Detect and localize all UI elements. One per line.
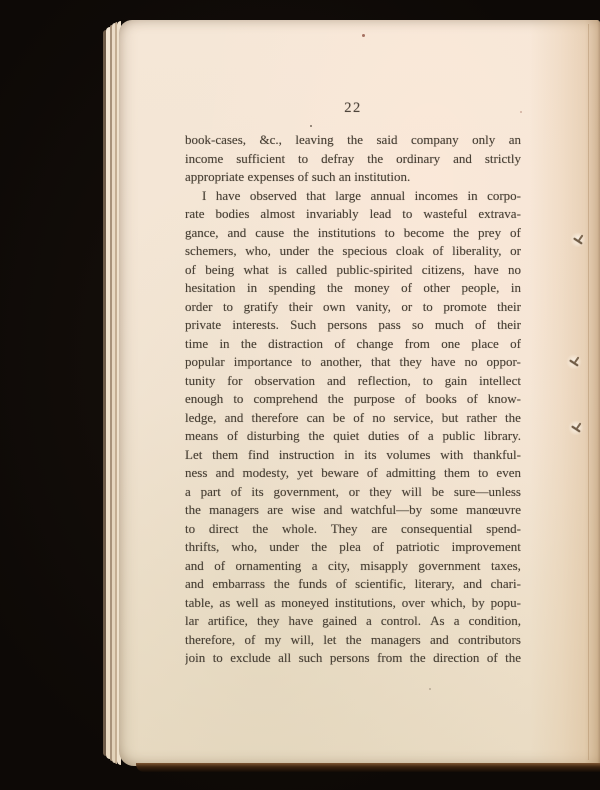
- word: persons: [327, 316, 367, 335]
- word: and: [216, 464, 235, 483]
- word: other: [423, 279, 450, 298]
- binding-stitch-artifact: [567, 419, 585, 435]
- text-line: ledge,andthereforecanbeofnoservice,butra…: [185, 409, 521, 428]
- word: they: [369, 483, 391, 502]
- word: lar: [185, 612, 199, 631]
- word: even: [496, 464, 521, 483]
- word: prey: [478, 224, 501, 243]
- word: from: [377, 649, 402, 668]
- word: that: [371, 353, 391, 372]
- word: is: [278, 261, 287, 280]
- word: them: [212, 446, 238, 465]
- word: direction: [433, 649, 479, 668]
- word: gained: [322, 612, 357, 631]
- word: popular: [185, 353, 225, 372]
- text-line: schemers,who,underthespeciouscloakoflibe…: [185, 242, 521, 261]
- word: intellect: [479, 372, 521, 391]
- word: means: [185, 427, 218, 446]
- word: in: [219, 335, 229, 354]
- word: of: [401, 279, 412, 298]
- word: place: [471, 335, 498, 354]
- word: so: [412, 316, 424, 335]
- word: invariably: [306, 205, 359, 224]
- word: importance: [234, 353, 292, 372]
- word: the: [505, 649, 521, 668]
- word: who,: [245, 242, 271, 261]
- word: moneyed: [281, 594, 329, 613]
- word: have: [431, 353, 456, 372]
- word: under: [280, 242, 310, 261]
- word: condition,: [469, 612, 521, 631]
- text-line: jointoexcludeallsuchpersonsfromthedirect…: [185, 649, 521, 668]
- word: large: [335, 187, 361, 206]
- word: promote: [443, 298, 486, 317]
- word: all: [278, 649, 291, 668]
- word: contributors: [458, 631, 521, 650]
- word: They: [331, 520, 358, 539]
- text-line: andofornamentingacity,misapplygovernment…: [185, 557, 521, 576]
- word: scientific,: [355, 575, 406, 594]
- word: income: [185, 150, 223, 169]
- word: gance,: [185, 224, 219, 243]
- word: enough: [185, 390, 223, 409]
- word: artifice,: [208, 612, 248, 631]
- word: literary,: [415, 575, 455, 594]
- word: and: [453, 150, 472, 169]
- word: improvement: [452, 538, 521, 557]
- word: annual: [371, 187, 406, 206]
- word: sure—unless: [454, 483, 521, 502]
- word: cloak: [396, 242, 424, 261]
- word: to: [298, 150, 308, 169]
- word: one: [441, 335, 460, 354]
- word: of: [353, 409, 364, 428]
- word: liberality,: [452, 242, 501, 261]
- word: part: [201, 483, 221, 502]
- page-right-edge-line: [588, 24, 589, 760]
- word: Such: [290, 316, 316, 335]
- word: as: [264, 594, 275, 613]
- word: company: [411, 131, 459, 150]
- word: the: [347, 131, 363, 150]
- text-line: ratebodiesalmostinvariablyleadtowasteful…: [185, 205, 521, 224]
- word: to: [213, 649, 223, 668]
- text-line: nessandmodesty,yetbewareofadmittingthemt…: [185, 464, 521, 483]
- word: book-cases,: [185, 131, 246, 150]
- word: which,: [431, 594, 466, 613]
- word: being: [205, 261, 234, 280]
- word: who,: [232, 538, 258, 557]
- book-page: 22 book-cases,&c.,leavingthesaidcompanyo…: [119, 20, 600, 766]
- word: extrava-: [478, 205, 521, 224]
- word: leaving: [295, 131, 333, 150]
- word: and: [185, 557, 204, 576]
- word: for: [227, 372, 242, 391]
- word: of: [467, 390, 478, 409]
- text-line: table,aswellasmoneyedinstitutions,overwh…: [185, 594, 521, 613]
- text-line: andembarrassthefundsofscientific,literar…: [185, 575, 521, 594]
- word: of: [510, 224, 521, 243]
- paper-speck: [520, 111, 522, 113]
- word: vanity,: [356, 298, 391, 317]
- text-line: ofbeingwhatiscalledpublic-spiritedcitize…: [185, 261, 521, 280]
- word: a: [366, 612, 372, 631]
- word: ness: [185, 464, 207, 483]
- word: &c.,: [260, 131, 282, 150]
- word: of: [408, 427, 419, 446]
- word: reflection,: [358, 372, 411, 391]
- scan-background: 22 book-cases,&c.,leavingthesaidcompanyo…: [0, 0, 600, 790]
- word: managers: [209, 501, 259, 520]
- word: hesitation: [185, 279, 236, 298]
- text-line: gance,andcausetheinstitutionstobecomethe…: [185, 224, 521, 243]
- paper-speck: [429, 688, 431, 690]
- word: chari-: [491, 575, 521, 594]
- word: instruction: [279, 446, 335, 465]
- word: As: [430, 612, 444, 631]
- text-line: todirectthewhole.Theyareconsequentialspe…: [185, 520, 521, 539]
- word: know-: [488, 390, 521, 409]
- word: are: [371, 520, 387, 539]
- text-line: tunityforobservationandreflection,togain…: [185, 372, 521, 391]
- word: the: [327, 279, 343, 298]
- word: admitting: [386, 464, 436, 483]
- word: no: [372, 409, 385, 428]
- word: spend-: [486, 520, 521, 539]
- word: of: [227, 427, 238, 446]
- word: wise: [291, 501, 315, 520]
- word: will,: [291, 631, 314, 650]
- word: control.: [381, 612, 421, 631]
- word: bodies: [215, 205, 249, 224]
- text-line: ordertogratifytheirownvanity,ortopromote…: [185, 298, 521, 317]
- word: or: [349, 483, 360, 502]
- word: of: [373, 538, 384, 557]
- word: embarrass: [212, 575, 265, 594]
- word: tunity: [185, 372, 215, 391]
- word: of: [487, 649, 498, 668]
- word: their: [497, 298, 521, 317]
- word: spending: [269, 279, 316, 298]
- word: in: [467, 187, 477, 206]
- word: a: [428, 427, 434, 446]
- word: the: [311, 538, 327, 557]
- word: with: [440, 446, 463, 465]
- word: to: [402, 205, 412, 224]
- word: be: [432, 483, 444, 502]
- word: therefore,: [185, 631, 235, 650]
- word: of: [433, 242, 444, 261]
- word: or: [510, 242, 521, 261]
- word: rate: [185, 205, 204, 224]
- word: almost: [260, 205, 295, 224]
- word: no: [508, 261, 521, 280]
- word: what: [243, 261, 268, 280]
- word: therefore: [252, 409, 299, 428]
- word: thrifts,: [185, 538, 219, 557]
- word: library.: [484, 427, 521, 446]
- word: of: [336, 575, 347, 594]
- word: but: [442, 409, 459, 428]
- text-line: timeinthedistractionofchangefromoneplace…: [185, 335, 521, 354]
- word: the: [328, 390, 344, 409]
- word: a: [312, 557, 318, 576]
- word: a: [454, 612, 460, 631]
- word: the: [367, 150, 383, 169]
- word: managers: [371, 631, 421, 650]
- text-line: popularimportancetoanother,thattheyhaven…: [185, 353, 521, 372]
- word: the: [185, 501, 201, 520]
- word: patriotic: [396, 538, 439, 557]
- word: have: [289, 612, 314, 631]
- page-number: 22: [185, 100, 521, 117]
- word: schemers,: [185, 242, 237, 261]
- word: as: [219, 594, 230, 613]
- text-line: Letthemfindinstructioninitsvolumeswithth…: [185, 446, 521, 465]
- word: government: [418, 557, 480, 576]
- word: to: [233, 390, 243, 409]
- word: books: [426, 390, 457, 409]
- word: to: [478, 464, 488, 483]
- word: said: [377, 131, 398, 150]
- word: the: [505, 409, 521, 428]
- word: the: [346, 631, 362, 650]
- word: duties: [368, 427, 399, 446]
- word: from: [405, 335, 430, 354]
- word: and: [327, 372, 346, 391]
- word: can: [307, 409, 325, 428]
- word: called: [296, 261, 327, 280]
- paper-speck: [310, 125, 312, 127]
- word: to: [223, 298, 233, 317]
- word: the: [308, 427, 324, 446]
- text-line: meansofdisturbingthequietdutiesofapublic…: [185, 427, 521, 446]
- word: thankful-: [473, 446, 521, 465]
- word: popu-: [491, 594, 521, 613]
- word: of: [405, 390, 416, 409]
- word: institutions,: [335, 594, 396, 613]
- word: institutions: [318, 224, 376, 243]
- word: its: [251, 483, 263, 502]
- word: of: [244, 631, 255, 650]
- binding-stitch-artifact: [569, 231, 587, 247]
- word: they: [257, 612, 279, 631]
- text-line: book-cases,&c.,leavingthesaidcompanyonly…: [185, 131, 521, 150]
- word: of: [214, 557, 225, 576]
- word: no: [464, 353, 477, 372]
- word: and: [324, 501, 343, 520]
- word: a: [185, 483, 191, 502]
- word: in: [247, 279, 257, 298]
- word: strictly: [485, 150, 521, 169]
- word: will: [402, 483, 422, 502]
- word: or: [401, 298, 412, 317]
- word: cause: [255, 224, 284, 243]
- text-line: appropriate expenses of such an institut…: [185, 168, 521, 187]
- word: public-spirited: [337, 261, 413, 280]
- word: Let: [185, 446, 202, 465]
- text-line: privateinterests.Suchpersonspasssomuchof…: [185, 316, 521, 335]
- word: an: [509, 131, 521, 150]
- word: ledge,: [185, 409, 216, 428]
- word: be: [333, 409, 345, 428]
- word: citizens,: [422, 261, 465, 280]
- page-text: book-cases,&c.,leavingthesaidcompanyonly…: [185, 131, 521, 668]
- word: change: [357, 335, 394, 354]
- word: beware: [321, 464, 359, 483]
- word: interests.: [232, 316, 279, 335]
- word: such: [299, 649, 323, 668]
- word: volumes: [386, 446, 430, 465]
- word: they: [400, 353, 422, 372]
- word: funds: [298, 575, 327, 594]
- word: have: [216, 187, 241, 206]
- word: are: [267, 501, 283, 520]
- word: consequential: [401, 520, 472, 539]
- word: private: [185, 316, 221, 335]
- word: wasteful: [423, 205, 467, 224]
- word: oppor-: [486, 353, 520, 372]
- paper-speck: [362, 34, 365, 37]
- text-line: incomesufficienttodefraytheordinaryandst…: [185, 150, 521, 169]
- word: the: [274, 575, 290, 594]
- text-line: larartifice,theyhavegainedacontrol.Asaco…: [185, 612, 521, 631]
- word: find: [248, 446, 269, 465]
- binding-stitch-artifact: [565, 353, 583, 369]
- word: and: [228, 224, 247, 243]
- word: much: [435, 316, 464, 335]
- word: own: [323, 298, 345, 317]
- word: become: [404, 224, 444, 243]
- word: the: [410, 649, 426, 668]
- word: well: [236, 594, 258, 613]
- word: to: [301, 353, 311, 372]
- word: and: [185, 575, 204, 594]
- word: to: [423, 298, 433, 317]
- word: pass: [378, 316, 400, 335]
- word: to: [185, 520, 195, 539]
- word: the: [453, 224, 469, 243]
- word: that: [306, 187, 326, 206]
- word: by: [472, 594, 485, 613]
- word: its: [364, 446, 376, 465]
- word: disturbing: [247, 427, 300, 446]
- word: comprehend: [253, 390, 317, 409]
- word: only: [472, 131, 495, 150]
- word: defray: [321, 150, 354, 169]
- word: in: [344, 446, 354, 465]
- word: public: [443, 427, 476, 446]
- word: let: [323, 631, 336, 650]
- word: of: [185, 261, 196, 280]
- word: purpose: [354, 390, 395, 409]
- word: incomes: [415, 187, 458, 206]
- page-right-shading: [530, 20, 600, 766]
- word: money: [354, 279, 389, 298]
- word: to: [385, 224, 395, 243]
- word: gratify: [244, 298, 279, 317]
- word: persons: [330, 649, 370, 668]
- text-line: enoughtocomprehendthepurposeofbooksofkno…: [185, 390, 521, 409]
- word: government,: [274, 483, 339, 502]
- word: of: [231, 483, 242, 502]
- word: observation: [254, 372, 315, 391]
- word: time: [185, 335, 208, 354]
- word: rather: [467, 409, 497, 428]
- word: table,: [185, 594, 214, 613]
- text-line: Ihaveobservedthatlargeannualincomesincor…: [185, 187, 521, 206]
- word: whole.: [282, 520, 317, 539]
- word: observed: [250, 187, 297, 206]
- word: and: [430, 631, 449, 650]
- word: corpo-: [487, 187, 521, 206]
- word: their: [289, 298, 313, 317]
- word: lead: [370, 205, 392, 224]
- word: over: [402, 594, 425, 613]
- word: to: [423, 372, 433, 391]
- word: service,: [393, 409, 433, 428]
- word: ornamenting: [236, 557, 302, 576]
- word: another,: [320, 353, 362, 372]
- word: some: [430, 501, 457, 520]
- text-line: apartofitsgovernment,ortheywillbesure—un…: [185, 483, 521, 502]
- word: the: [293, 224, 309, 243]
- page-bottom-edge-shadow: [136, 763, 600, 772]
- word: plea: [339, 538, 361, 557]
- word: join: [185, 649, 205, 668]
- word: exclude: [230, 649, 270, 668]
- word: under: [269, 538, 299, 557]
- word: distraction: [268, 335, 323, 354]
- word: of: [334, 335, 345, 354]
- word: city,: [328, 557, 350, 576]
- word: the: [318, 242, 334, 261]
- word: in: [511, 279, 521, 298]
- word: misapply: [360, 557, 408, 576]
- word: my: [265, 631, 282, 650]
- word: their: [497, 316, 521, 335]
- text-line: themanagersarewiseandwatchful—bysomemanœ…: [185, 501, 521, 520]
- word: of: [367, 464, 378, 483]
- text-line: thrifts,who,underthepleaofpatrioticimpro…: [185, 538, 521, 557]
- word: and: [463, 575, 482, 594]
- word: order: [185, 298, 212, 317]
- word: yet: [297, 464, 313, 483]
- word: and: [225, 409, 244, 428]
- word: ordinary: [396, 150, 440, 169]
- word: manœuvre: [466, 501, 521, 520]
- text-line: therefore,ofmywill,letthemanagersandcont…: [185, 631, 521, 650]
- word: quiet: [333, 427, 359, 446]
- word: of: [510, 335, 521, 354]
- word: I: [202, 187, 206, 206]
- text-line: hesitationinspendingthemoneyofotherpeopl…: [185, 279, 521, 298]
- word: specious: [342, 242, 387, 261]
- word: sufficient: [236, 150, 285, 169]
- word: gain: [445, 372, 467, 391]
- word: watchful—by: [351, 501, 422, 520]
- word: the: [252, 520, 268, 539]
- word: of: [475, 316, 486, 335]
- word: the: [241, 335, 257, 354]
- word: people,: [462, 279, 500, 298]
- word: taxes,: [491, 557, 521, 576]
- word: direct: [209, 520, 239, 539]
- word: have: [474, 261, 499, 280]
- word: them: [444, 464, 470, 483]
- word: modesty,: [243, 464, 289, 483]
